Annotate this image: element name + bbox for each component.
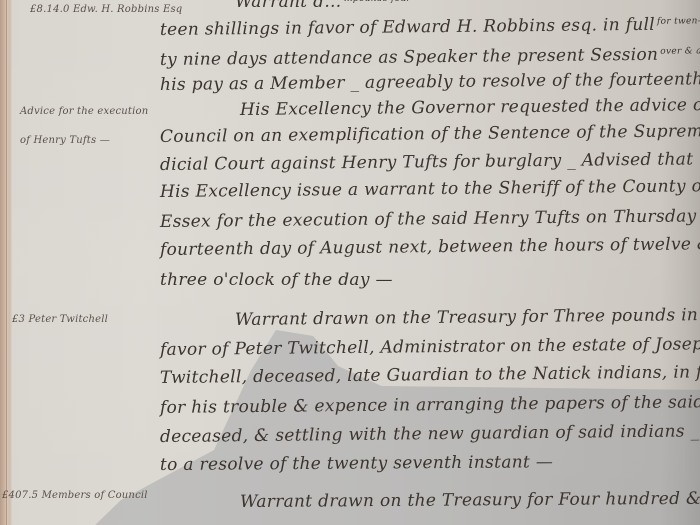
body-line-10: fourteenth day of August next, between t…	[160, 234, 700, 260]
margin-note-advice: Advice for the execution	[20, 106, 148, 117]
body-line-7: dicial Court against Henry Tufts for bur…	[160, 149, 694, 175]
line-text: Essex for the execution of the said Henr…	[160, 206, 700, 232]
margin-note-tufts: of Henry Tufts —	[20, 135, 110, 146]
body-line-5: His Excellency the Governor requested th…	[240, 95, 700, 120]
line-text: fourteenth day of August next, between t…	[160, 234, 700, 260]
line-interlinear: over & above	[660, 46, 700, 57]
line-text: His Excellency the Governor requested th…	[240, 95, 700, 120]
body-line-13: favor of Peter Twitchell, Administrator …	[160, 334, 700, 360]
line-text: favor of Peter Twitchell, Administrator …	[160, 334, 700, 360]
line-text: to a resolve of the twenty seventh insta…	[160, 452, 553, 475]
body-line-4: his pay as a Member _ agreeably to resol…	[160, 69, 700, 95]
line-text: teen shillings in favor of Edward H. Rob…	[160, 15, 655, 40]
line-text: Warrant d…	[235, 0, 342, 12]
manuscript-page: £8.14.0 Edw. H. Robbins Esq Advice for t…	[0, 0, 700, 525]
line-text: three o'clock of the day —	[160, 270, 393, 290]
line-interlinear: for twen-	[657, 16, 700, 26]
line-text: Warrant drawn on the Treasury for Four h…	[240, 489, 700, 512]
line-text: Twitchell, deceased, late Guardian to th…	[160, 362, 700, 388]
body-line-12: Warrant drawn on the Treasury for Three …	[235, 305, 698, 330]
body-line-2: teen shillings in favor of Edward H. Rob…	[160, 14, 700, 40]
margin-note-council: £407.5 Members of Council	[2, 490, 148, 501]
body-line-18: Warrant drawn on the Treasury for Four h…	[240, 489, 700, 512]
body-line-11: three o'clock of the day —	[160, 270, 393, 290]
margin-note-twitchell: £3 Peter Twitchell	[12, 314, 108, 325]
body-line-14: Twitchell, deceased, late Guardian to th…	[160, 362, 700, 388]
margin-note-robbins: £8.14.0 Edw. H. Robbins Esq	[30, 4, 182, 15]
line-text: ty nine days attendance as Speaker the p…	[160, 45, 658, 70]
line-interlinear: …pounds four	[344, 0, 411, 4]
line-text: dicial Court against Henry Tufts for bur…	[160, 149, 694, 175]
body-line-17: to a resolve of the twenty seventh insta…	[160, 452, 553, 475]
page-binding-edge	[0, 0, 12, 525]
line-text: Warrant drawn on the Treasury for Three …	[235, 305, 698, 330]
body-line-3: ty nine days attendance as Speaker the p…	[160, 44, 700, 70]
line-text: His Excellency issue a warrant to the Sh…	[160, 176, 700, 202]
line-text: Council on an exemplification of the Sen…	[160, 121, 700, 147]
body-line-9: Essex for the execution of the said Henr…	[160, 206, 700, 232]
body-line-8: His Excellency issue a warrant to the Sh…	[160, 176, 700, 202]
line-text: his pay as a Member _ agreeably to resol…	[160, 69, 700, 95]
body-line-1: Warrant d……pounds four	[235, 0, 411, 12]
body-line-6: Council on an exemplification of the Sen…	[160, 121, 700, 147]
